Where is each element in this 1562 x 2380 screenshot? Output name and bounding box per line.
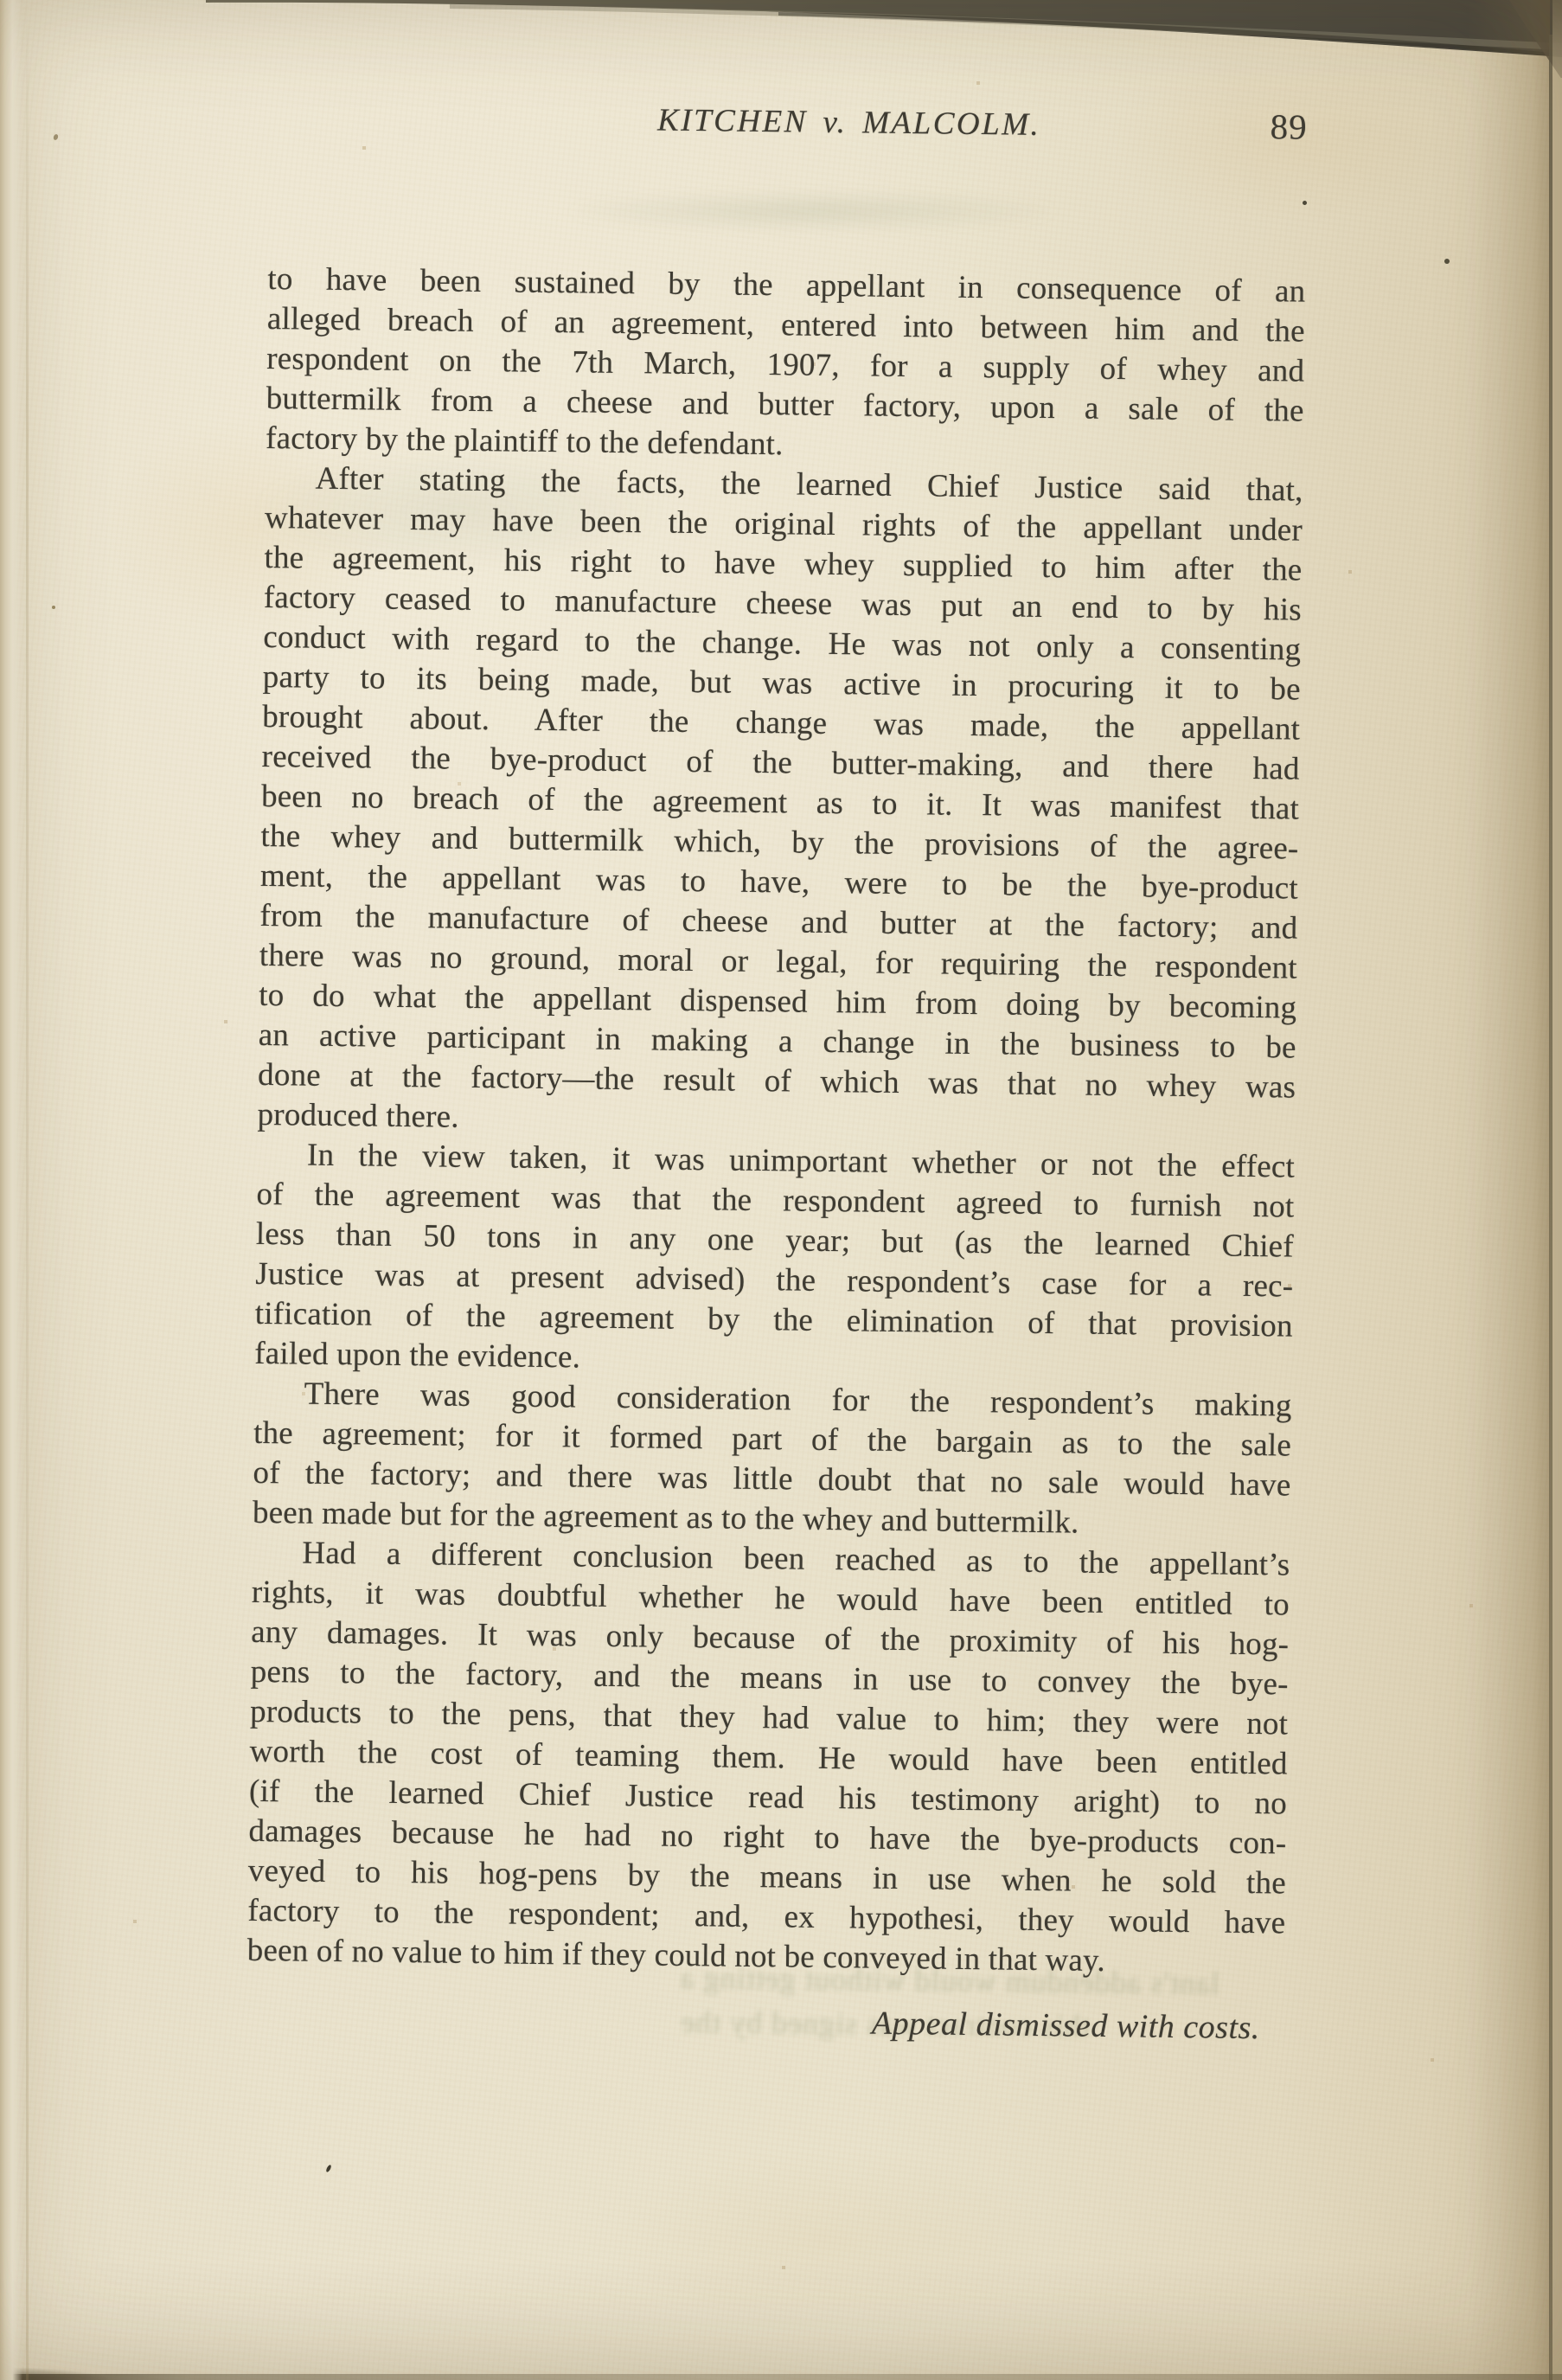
page-stack-top-edge bbox=[0, 0, 1562, 78]
left-crease-line bbox=[26, 0, 29, 2380]
case-title: KITCHEN v. MALCOLM. bbox=[330, 98, 1367, 148]
paper-fibre-flecks bbox=[0, 0, 2, 2]
page-bottom-edge bbox=[0, 2374, 1562, 2380]
underlying-page-edge bbox=[1552, 0, 1562, 2380]
disposition-line: Appeal dismissed with costs. bbox=[246, 1997, 1284, 2048]
printed-text-block: KITCHEN v. MALCOLM. 89 to have been sust… bbox=[246, 97, 1308, 2047]
scan-speck bbox=[52, 606, 55, 609]
paragraph: After stating the facts, the learned Chi… bbox=[257, 459, 1303, 1148]
paper-stain bbox=[605, 2146, 1055, 2336]
paragraph: There was good consideration for the res… bbox=[253, 1374, 1292, 1546]
paragraph: to have been sustained by the appellant … bbox=[266, 260, 1306, 472]
scan-speck bbox=[325, 2165, 332, 2173]
scan-speck bbox=[1444, 259, 1450, 264]
scan-speck bbox=[53, 133, 59, 140]
body-paragraphs: to have been sustained by the appellant … bbox=[247, 260, 1306, 1984]
paragraph: Had a different conclusion been reached … bbox=[247, 1533, 1290, 1984]
running-header: KITCHEN v. MALCOLM. 89 bbox=[269, 97, 1307, 151]
paragraph: In the view taken, it was unimportant wh… bbox=[254, 1135, 1295, 1387]
page-number: 89 bbox=[1270, 106, 1308, 148]
right-edge-shadow bbox=[1468, 0, 1550, 2380]
left-edge-highlight bbox=[0, 0, 22, 2380]
scanned-book-page: lant's addendum would without getting a … bbox=[0, 0, 1562, 2380]
